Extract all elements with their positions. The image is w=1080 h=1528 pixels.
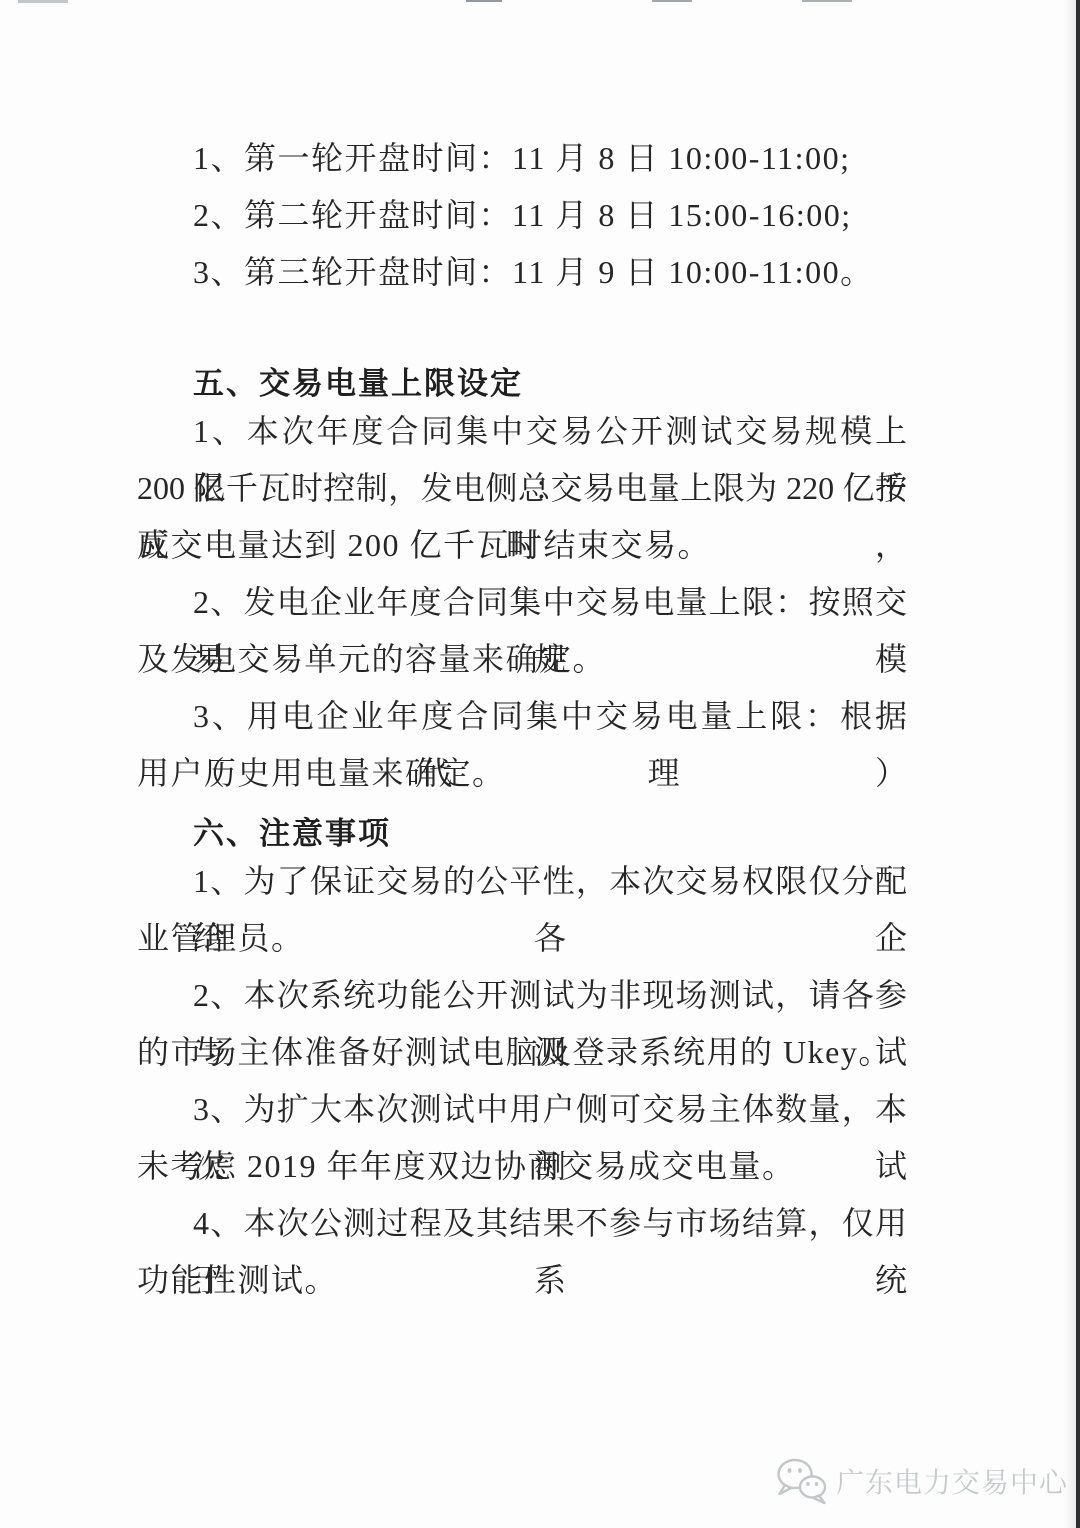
paragraph-line: 3、为扩大本次测试中用户侧可交易主体数量，本次测试 xyxy=(137,1081,907,1138)
paragraph-line: 200 亿千瓦时控制，发电侧总交易电量上限为 220 亿千瓦时， xyxy=(137,460,907,517)
scan-top-smudge xyxy=(466,0,502,2)
paragraph-line: 2、发电企业年度合同集中交易电量上限：按照交易规模 xyxy=(137,574,907,631)
wechat-icon xyxy=(774,1457,830,1505)
scan-top-smudge xyxy=(18,0,68,3)
schedule-line: 2、第二轮开盘时间：11 月 8 日 15:00-16:00; xyxy=(137,187,907,244)
scan-right-edge-line xyxy=(1076,0,1080,1528)
paragraph-line: 的市场主体准备好测试电脑及登录系统用的 Ukey。 xyxy=(137,1024,907,1081)
scanned-document-page: 1、第一轮开盘时间：11 月 8 日 10:00-11:00; 2、第二轮开盘时… xyxy=(0,0,1080,1528)
paragraph-line: 1、为了保证交易的公平性，本次交易权限仅分配给各企 xyxy=(137,853,907,910)
scan-right-edge-shadow xyxy=(1064,0,1076,1528)
paragraph-line: 3、用电企业年度合同集中交易电量上限：根据（代理） xyxy=(137,688,907,745)
paragraph-line: 4、本次公测过程及其结果不参与市场结算，仅用于系统 xyxy=(137,1195,907,1252)
schedule-line: 3、第三轮开盘时间：11 月 9 日 10:00-11:00。 xyxy=(137,244,907,301)
watermark: 广东电力交易中心 xyxy=(774,1456,1068,1506)
document-body: 1、第一轮开盘时间：11 月 8 日 10:00-11:00; 2、第二轮开盘时… xyxy=(137,130,907,1309)
paragraph-line: 未考虑 2019 年年度双边协商交易成交电量。 xyxy=(137,1138,907,1195)
scan-top-smudge xyxy=(802,0,852,2)
scan-top-smudge xyxy=(652,0,692,2)
watermark-text: 广东电力交易中心 xyxy=(836,1461,1068,1501)
paragraph-line: 1、本次年度合同集中交易公开测试交易规模上限：按 xyxy=(137,403,907,460)
blank-line xyxy=(137,301,907,352)
paragraph-line: 2、本次系统功能公开测试为非现场测试，请各参与测试 xyxy=(137,967,907,1024)
schedule-line: 1、第一轮开盘时间：11 月 8 日 10:00-11:00; xyxy=(137,130,907,187)
